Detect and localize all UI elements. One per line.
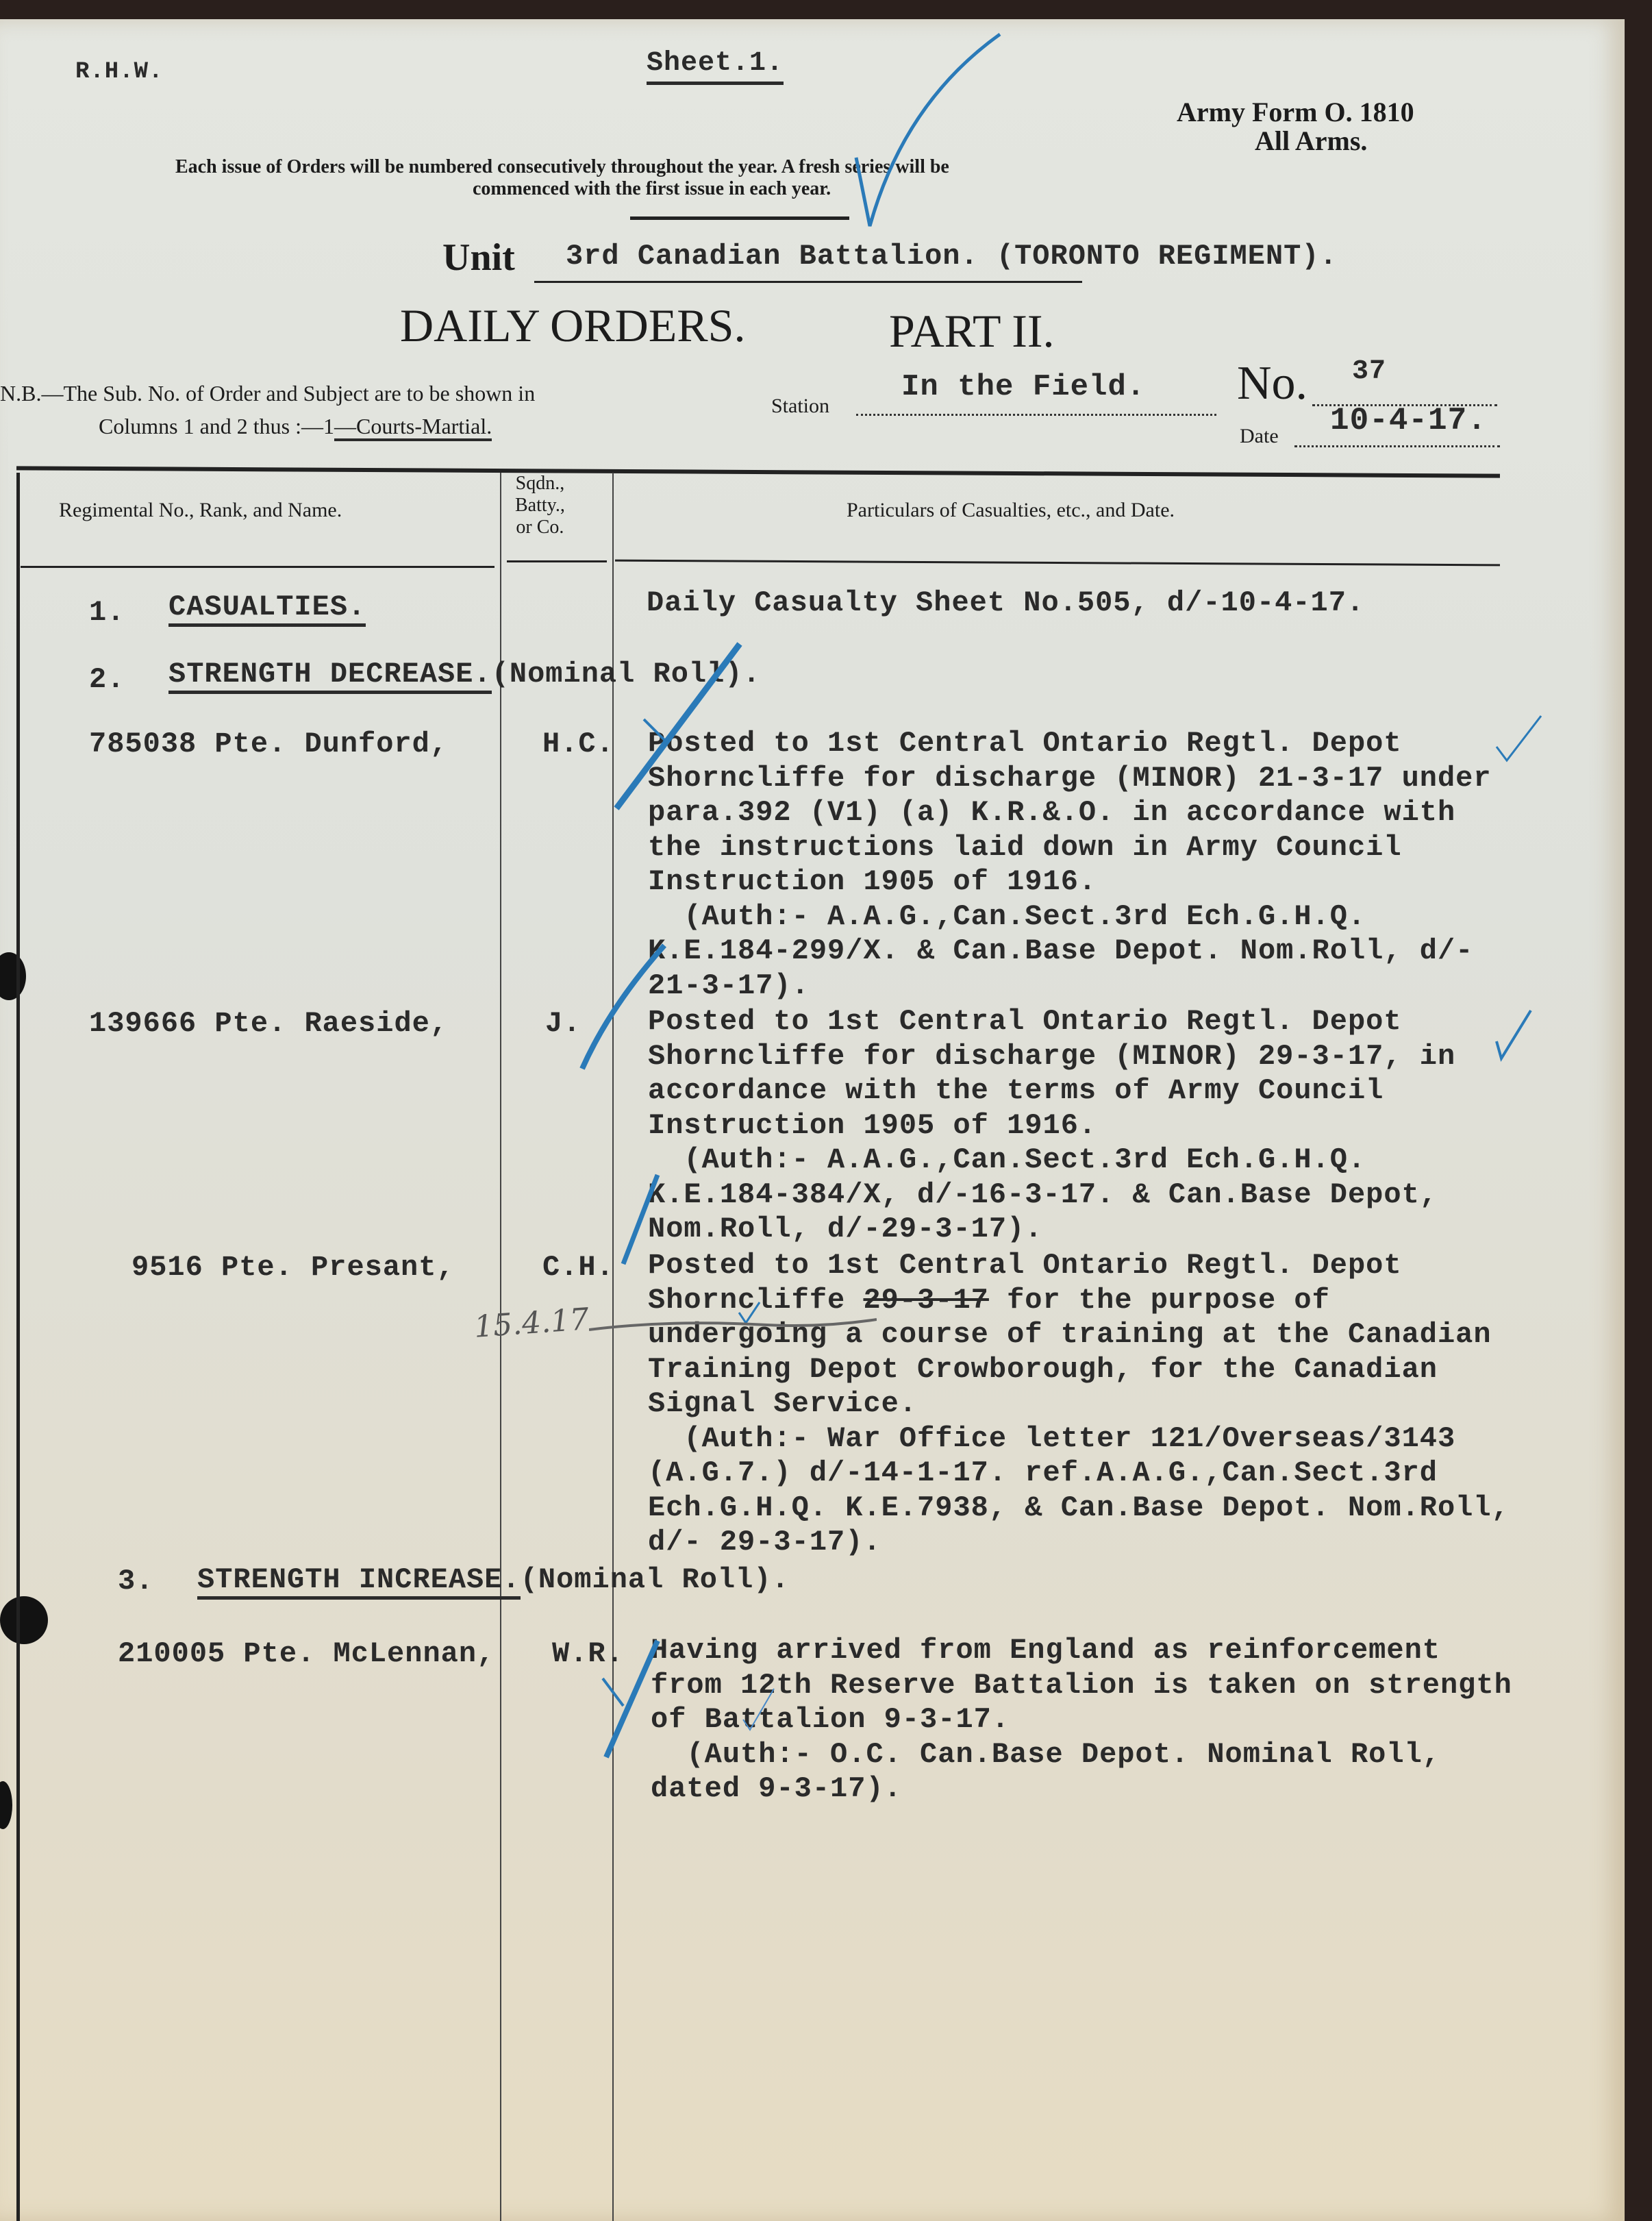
particulars-line: Posted to 1st Central Ontario Regtl. Dep… — [648, 726, 1492, 761]
form-id: Army Form O. 1810 — [1177, 96, 1414, 128]
particulars-line: (Auth:- War Office letter 121/Overseas/3… — [648, 1422, 1510, 1456]
entry-particulars: Posted to 1st Central Ontario Regtl. Dep… — [648, 726, 1492, 1003]
particulars-line: Shorncliffe for discharge (MINOR) 29-3-1… — [648, 1039, 1455, 1074]
nb-note: Columns 1 and 2 thus :—1—Courts-Martial. — [99, 414, 492, 439]
header-bottom-rule — [21, 566, 495, 568]
particulars-line: Ech.G.H.Q. K.E.7938, & Can.Base Depot. N… — [648, 1491, 1510, 1526]
entry-particulars: Posted to 1st Central Ontario Regtl. Dep… — [648, 1248, 1510, 1560]
pencil-checkmark-icon — [1493, 1007, 1534, 1062]
pencil-checkmark-icon — [1493, 712, 1548, 767]
particulars-line: Shorncliffe for discharge (MINOR) 21-3-1… — [648, 761, 1492, 796]
section-title-suffix: (Nominal Roll). — [521, 1563, 790, 1596]
section-number: 1. — [89, 596, 125, 629]
pencil-underline-mark — [589, 1313, 877, 1340]
part-label: PART II. — [889, 304, 1055, 358]
order-date: 10-4-17. — [1330, 403, 1487, 438]
date-label: Date — [1240, 425, 1279, 448]
particulars-line: Having arrived from England as reinforce… — [651, 1633, 1512, 1668]
unit-label: Unit — [442, 236, 515, 280]
pencil-checkmark-icon — [842, 21, 1014, 233]
date-dotted-line — [1294, 445, 1500, 447]
initials-stamp: R.H.W. — [75, 59, 163, 85]
unit-underline — [534, 281, 1082, 283]
column-header-name: Regimental No., Rank, and Name. — [59, 499, 342, 522]
instruction-line: commenced with the first issue in each y… — [473, 178, 831, 200]
particulars-line: 21-3-17). — [648, 969, 1492, 1004]
unit-value: 3rd Canadian Battalion. (TORONTO REGIMEN… — [566, 240, 1338, 273]
particulars-line: (A.G.7.) d/-14-1-17. ref.A.A.G.,Can.Sect… — [648, 1456, 1510, 1491]
particulars-line: K.E.184-384/X, d/-16-3-17. & Can.Base De… — [648, 1178, 1455, 1213]
section-number: 2. — [89, 663, 125, 696]
particulars-line: (Auth:- A.A.G.,Can.Sect.3rd Ech.G.H.Q. — [648, 1143, 1455, 1178]
particulars-line: the instructions laid down in Army Counc… — [648, 830, 1492, 865]
particulars-line: d/- 29-3-17). — [648, 1525, 1510, 1560]
column-header-sqdn-line: Sqdn., — [515, 473, 565, 495]
pencil-slash-icon — [568, 939, 678, 1076]
station-value: In the Field. — [901, 370, 1145, 404]
soldier-initials: C.H. — [542, 1251, 614, 1284]
soldier-name: 210005 Pte. McLennan, — [118, 1637, 495, 1670]
nb-note-example: —Courts-Martial. — [334, 414, 492, 441]
header-bottom-rule — [507, 560, 607, 562]
column-header-sqdn: Sqdn., Batty., or Co. — [515, 473, 565, 538]
particulars-line: K.E.184-299/X. & Can.Base Depot. Nom.Rol… — [648, 934, 1492, 969]
pencil-slash-icon — [603, 637, 753, 815]
section-number: 3. — [118, 1565, 153, 1598]
particulars-line: accordance with the terms of Army Counci… — [648, 1074, 1455, 1108]
particulars-text: for the purpose of — [989, 1284, 1330, 1317]
form-id-arms: All Arms. — [1255, 125, 1367, 157]
particulars-line: Posted to 1st Central Ontario Regtl. Dep… — [648, 1004, 1455, 1039]
particulars-line: dated 9-3-17). — [651, 1772, 1512, 1807]
particulars-line: para.392 (V1) (a) K.R.&.O. in accordance… — [648, 795, 1492, 830]
section-title-strength-increase: STRENGTH INCREASE.(Nominal Roll). — [197, 1563, 790, 1596]
particulars-line: Nom.Roll, d/-29-3-17). — [648, 1212, 1455, 1247]
particulars-line: Instruction 1905 of 1916. — [648, 865, 1492, 899]
station-label: Station — [771, 395, 829, 418]
pencil-slash-icon — [616, 1171, 671, 1267]
section-title: STRENGTH DECREASE. — [168, 658, 492, 694]
page-title: DAILY ORDERS. — [400, 299, 745, 353]
soldier-name: 9516 Pte. Presant, — [132, 1251, 455, 1284]
column-header-particulars: Particulars of Casualties, etc., and Dat… — [847, 499, 1175, 522]
column-divider — [500, 473, 501, 2221]
struck-date: 29-3-17 — [863, 1284, 988, 1317]
nb-note-prefix: Columns 1 and 2 thus :—1 — [99, 414, 334, 438]
punch-hole — [0, 1596, 48, 1644]
particulars-line: (Auth:- A.A.G.,Can.Sect.3rd Ech.G.H.Q. — [648, 899, 1492, 934]
nb-note: N.B.—The Sub. No. of Order and Subject a… — [0, 381, 535, 406]
pencil-checkmark-icon — [740, 1685, 781, 1733]
number-label: No. — [1237, 356, 1307, 411]
soldier-name: 785038 Pte. Dunford, — [89, 728, 448, 760]
column-header-sqdn-line: Batty., — [515, 495, 565, 517]
particulars-line: (Auth:- O.C. Can.Base Depot. Nominal Rol… — [651, 1737, 1512, 1772]
instruction-line: Each issue of Orders will be numbered co… — [175, 156, 949, 178]
particulars-line: Posted to 1st Central Ontario Regtl. Dep… — [648, 1248, 1510, 1283]
station-dotted-line — [856, 414, 1216, 416]
soldier-name: 139666 Pte. Raeside, — [89, 1007, 448, 1040]
header-rule — [630, 216, 849, 220]
casualty-sheet-ref: Daily Casualty Sheet No.505, d/-10-4-17. — [647, 586, 1364, 619]
particulars-line: Instruction 1905 of 1916. — [648, 1108, 1455, 1143]
sheet-number: Sheet.1. — [647, 48, 784, 85]
section-title-casualties: CASUALTIES. — [168, 591, 366, 627]
particulars-line: Training Depot Crowborough, for the Cana… — [648, 1352, 1510, 1387]
pencil-slash-icon — [596, 1637, 664, 1761]
column-header-sqdn-line: or Co. — [515, 517, 565, 538]
order-number: 37 — [1352, 356, 1386, 387]
entry-particulars: Posted to 1st Central Ontario Regtl. Dep… — [648, 1004, 1455, 1247]
table-left-border — [16, 473, 20, 2221]
particulars-line: Signal Service. — [648, 1387, 1510, 1422]
section-title: STRENGTH INCREASE. — [197, 1563, 521, 1600]
